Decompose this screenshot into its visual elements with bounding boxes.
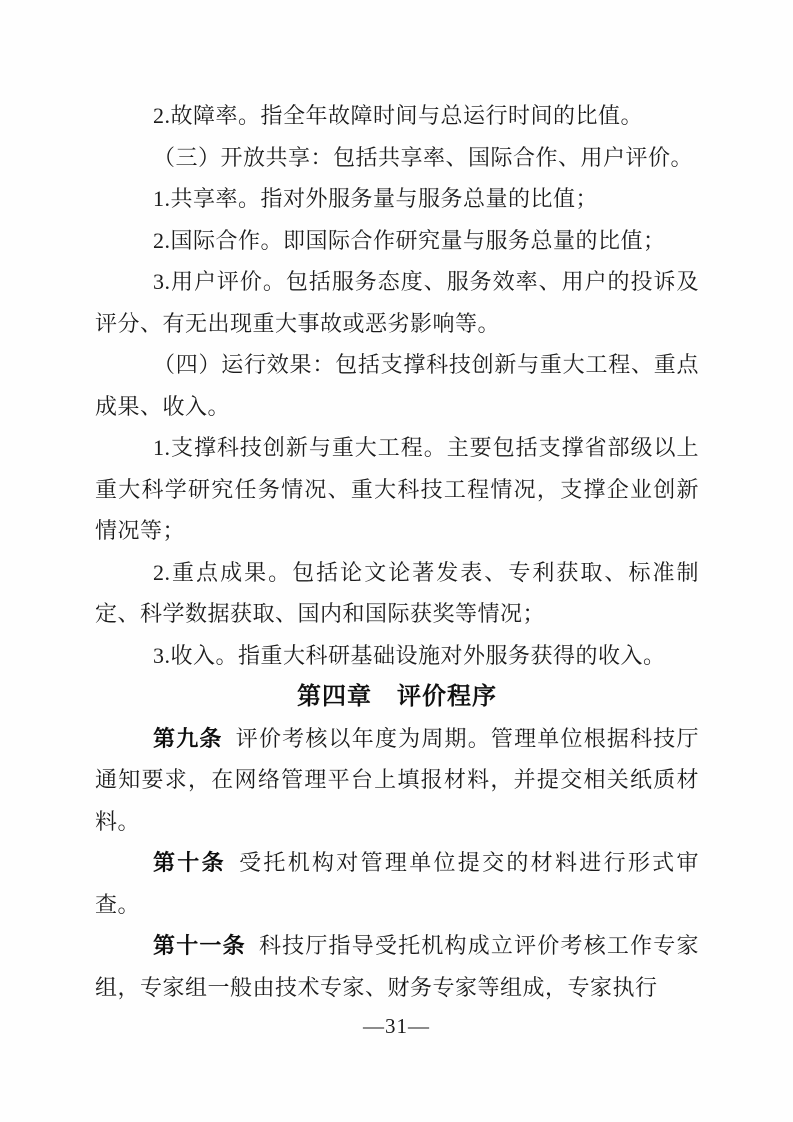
paragraph-key-achievements: 2.重点成果。包括论文论著发表、专利获取、标准制定、科学数据获取、国内和国际获奖…	[95, 552, 699, 635]
paragraph-support-innovation: 1.支撑科技创新与重大工程。主要包括支撑省部级以上重大科学研究任务情况、重大科技…	[95, 427, 699, 552]
page-number: —31—	[0, 1014, 793, 1039]
paragraph-sharing-rate: 1.共享率。指对外服务量与服务总量的比值；	[95, 178, 699, 220]
article-number-10: 第十条	[153, 850, 226, 875]
article-number-11: 第十一条	[153, 933, 246, 958]
paragraph-operation-effect: （四）运行效果：包括支撑科技创新与重大工程、重点成果、收入。	[95, 344, 699, 427]
paragraph-international-cooperation: 2.国际合作。即国际合作研究量与服务总量的比值；	[95, 220, 699, 262]
article-paragraph-11: 第十一条科技厅指导受托机构成立评价考核工作专家组，专家组一般由技术专家、财务专家…	[95, 925, 699, 1008]
paragraph-failure-rate: 2.故障率。指全年故障时间与总运行时间的比值。	[95, 95, 699, 137]
document-page: 2.故障率。指全年故障时间与总运行时间的比值。 （三）开放共享：包括共享率、国际…	[0, 0, 793, 1122]
article-paragraph-9: 第九条评价考核以年度为周期。管理单位根据科技厅通知要求，在网络管理平台上填报材料…	[95, 718, 699, 843]
paragraph-open-sharing: （三）开放共享：包括共享率、国际合作、用户评价。	[95, 137, 699, 179]
chapter-heading: 第四章 评价程序	[95, 676, 699, 718]
paragraph-income: 3.收入。指重大科研基础设施对外服务获得的收入。	[95, 635, 699, 677]
page-content: 2.故障率。指全年故障时间与总运行时间的比值。 （三）开放共享：包括共享率、国际…	[95, 95, 699, 1008]
paragraph-user-evaluation: 3.用户评价。包括服务态度、服务效率、用户的投诉及评分、有无出现重大事故或恶劣影…	[95, 261, 699, 344]
article-number-9: 第九条	[153, 726, 223, 751]
article-paragraph-10: 第十条受托机构对管理单位提交的材料进行形式审查。	[95, 842, 699, 925]
